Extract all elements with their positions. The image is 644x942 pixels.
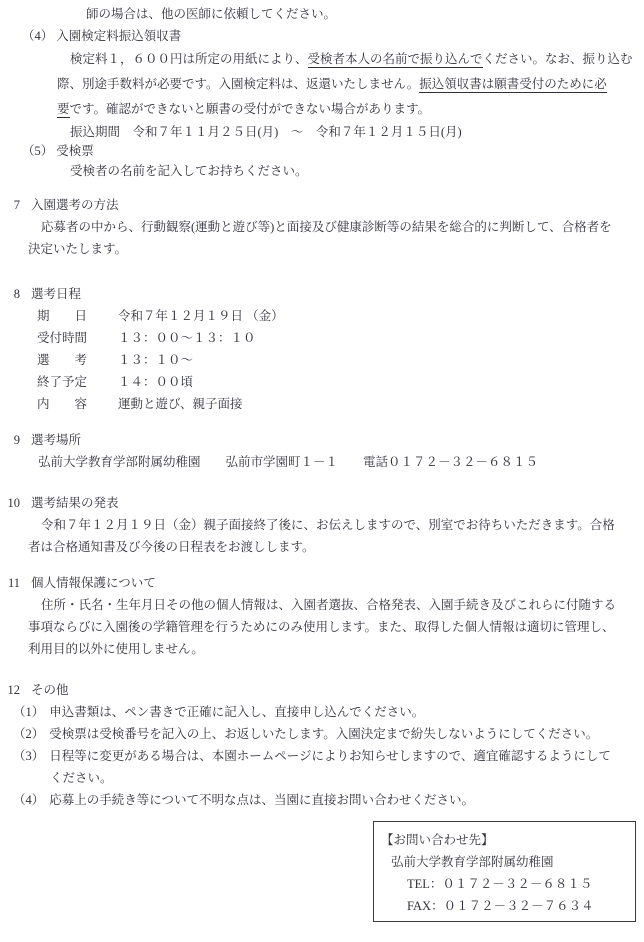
section-title: 個人情報保護について — [31, 576, 156, 590]
schedule-row: 終了予定１４：００頃 — [37, 371, 644, 393]
text-segment: 検定料１，６００円は所定の用紙により、 — [70, 52, 308, 66]
section-11-privacy: 11個人情報保護について 住所・氏名・生年月日その他の個人情報は、入園者選抜、合… — [0, 572, 644, 660]
address-line: 弘前大学教育学部附属幼稚園 弘前市学園町１－１ 電話０１７２－３２－６８１５ — [38, 451, 644, 473]
body-line: 利用目的以外に使用しません。 — [28, 638, 644, 660]
item-text: 受検票は受検番号を記入の上、お返しいたします。入園決定まで紛失しないようにしてく… — [49, 727, 598, 741]
schedule-value: １３：００～１３：１０ — [118, 331, 256, 345]
schedule-label: 内 容 — [37, 393, 93, 415]
item4-header: （4）入園検定料振込領収書 — [0, 25, 644, 47]
item4-title: 入園検定料振込領収書 — [56, 29, 181, 43]
continuation-line: 師の場合は、他の医師に依頼してください。 — [86, 3, 644, 25]
body-line: 応募者の中から、行動観察(運動と遊び等)と面接及び健康診断等の結果を総合的に判断… — [41, 216, 644, 238]
item5-number: （5） — [22, 144, 53, 158]
item5-body: 受検者の名前を記入してお持ちください。 — [70, 161, 644, 181]
contact-header: 【お問い合わせ先】 — [381, 829, 635, 851]
body-line: 事項ならびに入園後の学籍管理を行うためにのみ使用します。また、取得した個人情報は… — [28, 616, 644, 638]
list-item: （4）応募上の手続き等について不明な点は、当園に直接お問い合わせください。 — [0, 789, 644, 811]
text-segment: 際、別途手数料が必要です。入園検定料は、返還いたしません。 — [57, 77, 419, 91]
schedule-row: 期 日令和７年１２月１９日 （金） — [37, 305, 644, 327]
section-number: 11 — [0, 572, 20, 594]
text-segment: ください。なお、振り込む — [483, 52, 633, 66]
section-number: 8 — [0, 283, 20, 305]
schedule-label: 期 日 — [37, 305, 93, 327]
schedule-row: 内 容運動と遊び、親子面接 — [37, 393, 644, 415]
text-segment: です。確認ができないと願書の受付ができない場合があります。 — [70, 102, 431, 116]
section-title: その他 — [31, 683, 69, 697]
schedule-row: 受付時間１３：００～１３：１０ — [37, 327, 644, 349]
section-number: 10 — [0, 492, 20, 514]
section-header: 11個人情報保護について — [0, 572, 644, 594]
section-9-location: 9選考場所 弘前大学教育学部附属幼稚園 弘前市学園町１－１ 電話０１７２－３２－… — [0, 429, 644, 473]
schedule-value: 令和７年１２月１９日 （金） — [118, 309, 284, 323]
schedule-value: １４：００頃 — [118, 375, 193, 389]
item4-paragraph-line-1: 検定料１，６００円は所定の用紙により、受検者本人の名前で振り込んでください。なお… — [57, 47, 644, 72]
schedule-label: 終了予定 — [37, 371, 93, 393]
item-number: （2） — [13, 727, 44, 741]
schedule-label: 選 考 — [37, 349, 93, 371]
body-line: 住所・氏名・生年月日その他の個人情報は、入園者選抜、合格発表、入園手続き及びこれ… — [41, 594, 644, 616]
section-number: 7 — [0, 194, 20, 216]
item-number: （4） — [13, 793, 44, 807]
body-line: 令和７年１２月１９日（金）親子面接終了後に、お伝えしますので、別室でお待ちいただ… — [41, 514, 644, 536]
body-line: 決定いたします。 — [28, 238, 644, 260]
section-header: 7入園選考の方法 — [0, 194, 644, 216]
item-text: 応募上の手続き等について不明な点は、当園に直接お問い合わせください。 — [49, 793, 474, 807]
schedule-value: １３：１０～ — [118, 353, 193, 367]
contact-fax: FAX：０１７２－３２－７６３４ — [407, 895, 635, 917]
body-line: 者は合格通知書及び今後の日程表をお渡しします。 — [28, 536, 644, 558]
section-preamble: 師の場合は、他の医師に依頼してください。 （4）入園検定料振込領収書 検定料１，… — [0, 3, 644, 181]
list-item: （3）日程等に変更がある場合は、本園ホームページによりお知らせしますので、適宜確… — [0, 745, 644, 767]
section-header: 12その他 — [0, 679, 644, 701]
list-item: （1）申込書類は、ペン書きで正確に記入し、直接申し込んでください。 — [0, 701, 644, 723]
section-title: 選考日程 — [31, 287, 81, 301]
item-number: （1） — [13, 705, 44, 719]
section-header: 10選考結果の発表 — [0, 492, 644, 514]
section-title: 選考場所 — [31, 433, 81, 447]
item5-title: 受検票 — [56, 144, 94, 158]
transfer-period-line: 振込期間 令和７年１１月２５日(月) ～ 令和７年１２月１５日(月) — [70, 122, 644, 142]
underlined-text: 受検者本人の名前で振り込んで — [308, 52, 483, 68]
item-number: （3） — [13, 749, 44, 763]
contact-name: 弘前大学教育学部附属幼稚園 — [391, 851, 635, 873]
section-title: 選考結果の発表 — [31, 496, 119, 510]
underlined-text: 振込領収書は願書受付のために必 — [419, 77, 607, 93]
item-text: 日程等に変更がある場合は、本園ホームページによりお知らせしますので、適宜確認する… — [49, 749, 611, 763]
item4-number: （4） — [22, 29, 53, 43]
list-item: （2）受検票は受検番号を記入の上、お返しいたします。入園決定まで紛失しないように… — [0, 723, 644, 745]
section-12-other: 12その他 （1）申込書類は、ペン書きで正確に記入し、直接申し込んでください。 … — [0, 679, 644, 811]
item-continuation: ください。 — [50, 767, 644, 789]
section-number: 9 — [0, 429, 20, 451]
section-header: 8選考日程 — [0, 283, 644, 305]
section-8-schedule: 8選考日程 期 日令和７年１２月１９日 （金） 受付時間１３：００～１３：１０ … — [0, 283, 644, 415]
contact-tel: TEL：０１７２－３２－６８１５ — [407, 873, 635, 895]
underlined-text: 要 — [57, 102, 70, 118]
section-title: 入園選考の方法 — [31, 198, 119, 212]
section-7-selection-method: 7入園選考の方法 応募者の中から、行動観察(運動と遊び等)と面接及び健康診断等の… — [0, 194, 644, 260]
section-number: 12 — [0, 679, 20, 701]
section-header: 9選考場所 — [0, 429, 644, 451]
item-text: 申込書類は、ペン書きで正確に記入し、直接申し込んでください。 — [49, 705, 424, 719]
contact-box: 【お問い合わせ先】 弘前大学教育学部附属幼稚園 TEL：０１７２－３２－６８１５… — [373, 821, 636, 922]
schedule-label: 受付時間 — [37, 327, 93, 349]
item4-paragraph-line-2: 際、別途手数料が必要です。入園検定料は、返還いたしません。振込領収書は願書受付の… — [57, 72, 644, 97]
section-10-results: 10選考結果の発表 令和７年１２月１９日（金）親子面接終了後に、お伝えしますので… — [0, 492, 644, 558]
schedule-row: 選 考１３：１０～ — [37, 349, 644, 371]
item4-paragraph-line-3: 要です。確認ができないと願書の受付ができない場合があります。 — [57, 97, 644, 122]
schedule-value: 運動と遊び、親子面接 — [118, 397, 243, 411]
item5-header: （5）受検票 — [0, 142, 644, 161]
